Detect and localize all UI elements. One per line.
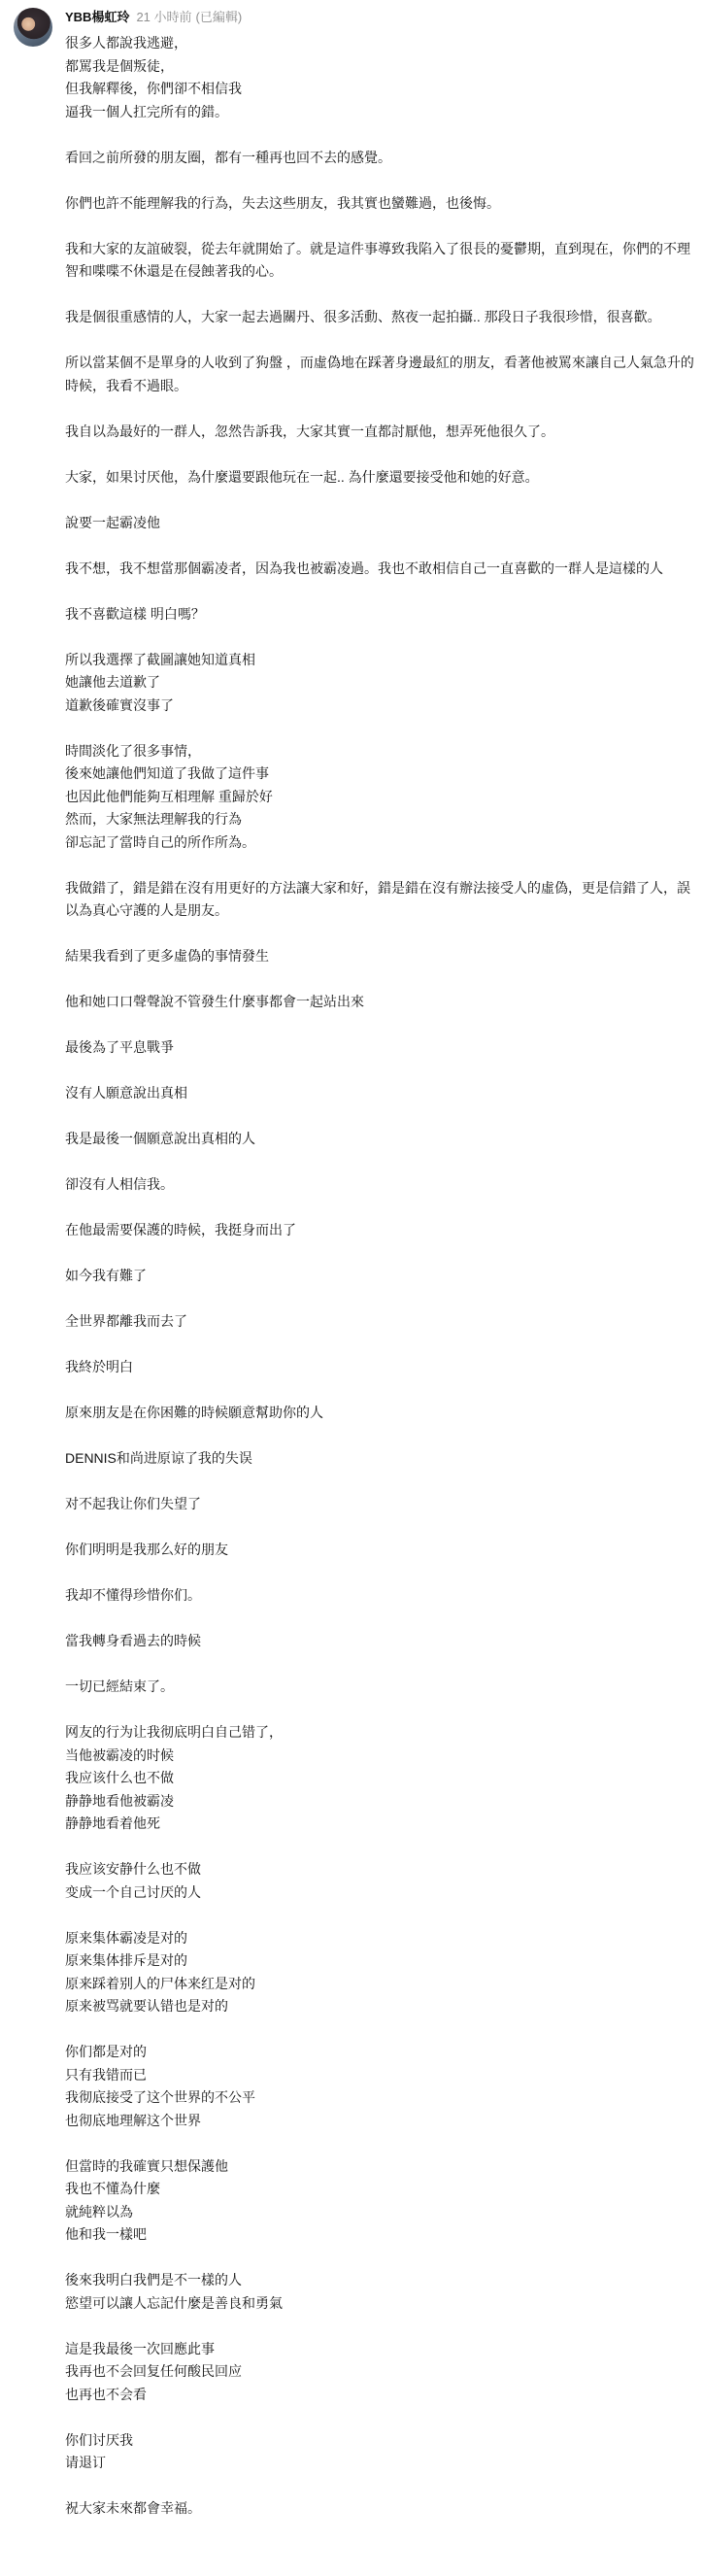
comment-line: 也再也不会看	[65, 2387, 147, 2402]
comment-line: 如今我有難了	[65, 1268, 147, 1283]
comment-line: 逼我一個人扛完所有的錯。	[65, 104, 228, 119]
comment-line: 我应该什么也不做	[65, 1770, 174, 1785]
comment-paragraph: 你们讨厌我请退订	[65, 2429, 695, 2475]
comment-line: 原来集体排斥是对的	[65, 1952, 187, 1968]
comment-paragraph: 我自以為最好的一群人，忽然告訴我，大家其實一直都討厭他，想弄死他很久了。	[65, 421, 695, 444]
comment-line: 原来被骂就要认错也是对的	[65, 1998, 228, 2014]
comment-line: 我也不懂為什麼	[65, 2181, 160, 2196]
comment-paragraph: 如今我有難了	[65, 1265, 695, 1288]
comment-line: 我应该安静什么也不做	[65, 1861, 201, 1877]
comment-line: 就純粹以為	[65, 2204, 133, 2220]
edited-label: (已編輯)	[196, 10, 243, 24]
author-name[interactable]: YBB楊虹玲	[65, 10, 129, 24]
comment-paragraph: 大家，如果讨厌他，為什麼還要跟他玩在一起.. 為什麼還要接受他和她的好意。	[65, 466, 695, 490]
comment-line: 時間淡化了很多事情，	[65, 743, 201, 759]
comment-paragraph: 我終於明白	[65, 1356, 695, 1379]
comment-paragraph: 這是我最後一次回應此事我再也不会回复任何酸民回应也再也不会看	[65, 2338, 695, 2407]
comment-paragraph: 卻沒有人相信我。	[65, 1173, 695, 1197]
comment-paragraph: 全世界都離我而去了	[65, 1310, 695, 1334]
comment-paragraph: 原來朋友是在你困難的時候願意幫助你的人	[65, 1402, 695, 1425]
comment-line: DENNIS和尚进原谅了我的失误	[65, 1450, 252, 1466]
comment-paragraph: 所以當某個不是單身的人收到了狗盤 ，而虛偽地在踩著身邊最紅的朋友，看著他被罵來讓…	[65, 352, 695, 397]
user-avatar[interactable]	[14, 8, 52, 47]
comment-paragraph: 最後為了平息戰爭	[65, 1036, 695, 1060]
comment-paragraph: 我和大家的友誼破裂，從去年就開始了。就是這件事導致我陷入了很長的憂鬱期，直到現在…	[65, 238, 695, 284]
comment-line: 我和大家的友誼破裂，從去年就開始了。就是這件事導致我陷入了很長的憂鬱期，直到現在…	[65, 241, 690, 280]
comment-line: 當我轉身看過去的時候	[65, 1633, 201, 1648]
comment-line: 慾望可以讓人忘記什麼是善良和勇氣	[65, 2295, 283, 2311]
comment-paragraph: 我应该安静什么也不做变成一个自己讨厌的人	[65, 1858, 695, 1904]
comment-paragraph: 當我轉身看過去的時候	[65, 1630, 695, 1653]
comment-paragraph: 我不想，我不想當那個霸凌者，因為我也被霸凌過。我也不敢相信自己一直喜歡的一群人是…	[65, 558, 695, 581]
comment-paragraph: 我做錯了，錯是錯在沒有用更好的方法讓大家和好，錯是錯在沒有辦法接受人的虛偽，更是…	[65, 877, 695, 923]
comment-line: 我終於明白	[65, 1359, 133, 1374]
comment-line: 原来踩着别人的尸体来红是对的	[65, 1976, 255, 1991]
comment-paragraph: 沒有人願意說出真相	[65, 1082, 695, 1105]
comment-line: 都罵我是個叛徒，	[65, 58, 174, 74]
comment-line: 但我解釋後，你們卻不相信我	[65, 81, 242, 96]
comment-line: 对不起我让你们失望了	[65, 1496, 201, 1511]
comment-paragraph: 他和她口口聲聲說不管發生什麼事都會一起站出來	[65, 991, 695, 1014]
comment-line: 但當時的我確實只想保護他	[65, 2158, 228, 2174]
comment-line: 我不想，我不想當那個霸凌者，因為我也被霸凌過。我也不敢相信自己一直喜歡的一群人是…	[65, 560, 663, 576]
comment-header: YBB楊虹玲21 小時前(已編輯)	[65, 8, 695, 27]
comment-line: 他和她口口聲聲說不管發生什麼事都會一起站出來	[65, 994, 364, 1009]
comment-line: 我却不懂得珍惜你们。	[65, 1587, 201, 1603]
comment-body: 很多人都說我逃避，都罵我是個叛徒，但我解釋後，你們卻不相信我逼我一個人扛完所有的…	[65, 32, 695, 2521]
comment-paragraph: 你们明明是我那么好的朋友	[65, 1539, 695, 1562]
comment-line: 祝大家未來都會幸福。	[65, 2500, 201, 2516]
comment-line: 我是個很重感情的人，大家一起去過關丹、很多活動、熬夜一起拍攝.. 那段日子我很珍…	[65, 309, 661, 324]
comment-line: 静静地看他被霸凌	[65, 1793, 174, 1809]
comment-line: 也彻底地理解这个世界	[65, 2113, 201, 2128]
comment-line: 大家，如果讨厌他，為什麼還要跟他玩在一起.. 為什麼還要接受他和她的好意。	[65, 469, 539, 485]
comment-paragraph: 网友的行为让我彻底明白自己错了，当他被霸凌的时候我应该什么也不做静静地看他被霸凌…	[65, 1721, 695, 1836]
comment-paragraph: 祝大家未來都會幸福。	[65, 2497, 695, 2521]
comment-paragraph: 对不起我让你们失望了	[65, 1493, 695, 1516]
comment-paragraph: 原来集体霸凌是对的原来集体排斥是对的原来踩着别人的尸体来红是对的原来被骂就要认错…	[65, 1927, 695, 2018]
comment-line: 然而，大家無法理解我的行為	[65, 811, 242, 827]
comment: YBB楊虹玲21 小時前(已編輯) 很多人都說我逃避，都罵我是個叛徒，但我解釋後…	[14, 8, 703, 2521]
comment-line: 我做錯了，錯是錯在沒有用更好的方法讓大家和好，錯是錯在沒有辦法接受人的虛偽，更是…	[65, 880, 690, 919]
comment-paragraph: 所以我選擇了截圖讓她知道真相她讓他去道歉了道歉後確實沒事了	[65, 649, 695, 718]
comment-line: 很多人都說我逃避，	[65, 35, 187, 51]
comment-line: 後來她讓他們知道了我做了這件事	[65, 765, 269, 781]
comment-line: 你们讨厌我	[65, 2432, 133, 2448]
comment-line: 所以當某個不是單身的人收到了狗盤 ，而虛偽地在踩著身邊最紅的朋友，看著他被罵來讓…	[65, 355, 694, 393]
comment-line: 看回之前所發的朋友圈，都有一種再也回不去的感覺。	[65, 150, 391, 165]
comment-line: 所以我選擇了截圖讓她知道真相	[65, 652, 255, 667]
comment-paragraph: 說要一起霸凌他	[65, 512, 695, 535]
comment-paragraph: 在他最需要保護的時候，我挺身而出了	[65, 1219, 695, 1242]
comment-paragraph: 但當時的我確實只想保護他我也不懂為什麼就純粹以為他和我一樣吧	[65, 2155, 695, 2247]
comment-line: 結果我看到了更多虛偽的事情發生	[65, 948, 269, 964]
comment-line: 全世界都離我而去了	[65, 1313, 187, 1329]
comment-paragraph: 看回之前所發的朋友圈，都有一種再也回不去的感覺。	[65, 147, 695, 170]
comment-paragraph: 一切已經結束了。	[65, 1676, 695, 1699]
comment-line: 原来集体霸凌是对的	[65, 1930, 187, 1946]
comment-line: 你们明明是我那么好的朋友	[65, 1542, 228, 1557]
comment-line: 最後為了平息戰爭	[65, 1039, 174, 1055]
comment-paragraph: DENNIS和尚进原谅了我的失误	[65, 1447, 695, 1471]
comment-line: 当他被霸凌的时候	[65, 1747, 174, 1763]
comment-line: 只有我错而已	[65, 2067, 147, 2083]
comment-line: 你们都是对的	[65, 2044, 147, 2059]
comment-content: YBB楊虹玲21 小時前(已編輯) 很多人都說我逃避，都罵我是個叛徒，但我解釋後…	[65, 8, 703, 2521]
comment-line: 道歉後確實沒事了	[65, 697, 174, 713]
comment-line: 在他最需要保護的時候，我挺身而出了	[65, 1222, 296, 1237]
comment-line: 說要一起霸凌他	[65, 515, 160, 530]
comment-line: 一切已經結束了。	[65, 1678, 174, 1694]
timestamp[interactable]: 21 小時前	[136, 10, 191, 24]
comment-line: 他和我一樣吧	[65, 2226, 147, 2242]
comment-line: 我是最後一個願意說出真相的人	[65, 1131, 255, 1146]
comment-paragraph: 你们都是对的只有我错而已我彻底接受了这个世界的不公平也彻底地理解这个世界	[65, 2041, 695, 2132]
comment-line: 原來朋友是在你困難的時候願意幫助你的人	[65, 1405, 323, 1420]
comment-line: 请退订	[65, 2455, 106, 2470]
comment-paragraph: 我是個很重感情的人，大家一起去過關丹、很多活動、熬夜一起拍攝.. 那段日子我很珍…	[65, 306, 695, 329]
comment-paragraph: 結果我看到了更多虛偽的事情發生	[65, 945, 695, 968]
comment-line: 這是我最後一次回應此事	[65, 2341, 215, 2356]
comment-paragraph: 你們也許不能理解我的行為，失去这些朋友，我其實也蠻難過，也後悔。	[65, 192, 695, 216]
comment-line: 後來我明白我們是不一樣的人	[65, 2272, 242, 2288]
comment-line: 也因此他們能夠互相理解 重歸於好	[65, 789, 273, 804]
comment-line: 我再也不会回复任何酸民回应	[65, 2363, 242, 2379]
comment-paragraph: 時間淡化了很多事情，後來她讓他們知道了我做了這件事也因此他們能夠互相理解 重歸於…	[65, 740, 695, 855]
comment-paragraph: 我却不懂得珍惜你们。	[65, 1584, 695, 1608]
comment-line: 静静地看着他死	[65, 1815, 160, 1831]
comment-paragraph: 後來我明白我們是不一樣的人慾望可以讓人忘記什麼是善良和勇氣	[65, 2269, 695, 2315]
comment-line: 沒有人願意說出真相	[65, 1085, 187, 1101]
comment-line: 变成一个自己讨厌的人	[65, 1884, 201, 1900]
comment-line: 网友的行为让我彻底明白自己错了，	[65, 1724, 283, 1740]
comment-line: 你們也許不能理解我的行為，失去这些朋友，我其實也蠻難過，也後悔。	[65, 195, 500, 211]
comment-paragraph: 我是最後一個願意說出真相的人	[65, 1128, 695, 1151]
comment-line: 卻沒有人相信我。	[65, 1176, 174, 1192]
comment-paragraph: 我不喜歡這樣 明白嗎？	[65, 603, 695, 627]
comment-paragraph: 很多人都說我逃避，都罵我是個叛徒，但我解釋後，你們卻不相信我逼我一個人扛完所有的…	[65, 32, 695, 123]
comment-line: 我彻底接受了这个世界的不公平	[65, 2089, 255, 2105]
comment-line: 我自以為最好的一群人，忽然告訴我，大家其實一直都討厭他，想弄死他很久了。	[65, 424, 554, 439]
comment-line: 我不喜歡這樣 明白嗎？	[65, 606, 205, 622]
comment-line: 她讓他去道歉了	[65, 674, 160, 690]
comment-line: 卻忘記了當時自己的所作所為。	[65, 834, 255, 850]
